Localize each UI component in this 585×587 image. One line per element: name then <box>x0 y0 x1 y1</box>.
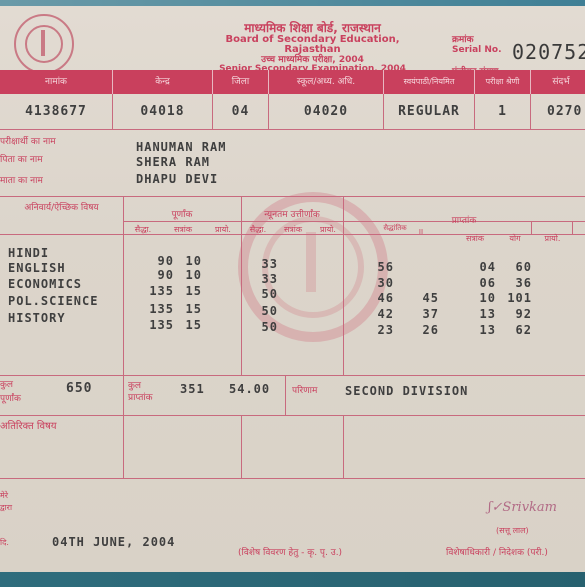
roll-number: 4138677 <box>0 94 113 130</box>
theory-paper2: 37 <box>415 307 439 321</box>
table-border <box>0 415 585 416</box>
father-name: SHERA RAM <box>136 155 210 169</box>
result-division: SECOND DIVISION <box>345 384 468 398</box>
max-theory-col: सैद्धा. <box>125 224 161 235</box>
min-pass: 33 <box>254 272 278 286</box>
obtained-practical-col: प्रायो. <box>535 233 570 244</box>
board-emblem-icon <box>14 14 74 74</box>
table-border <box>241 196 242 375</box>
max-sessional: 15 <box>178 302 202 316</box>
max-total: 650 <box>66 381 92 396</box>
obtained-total-label: कुल प्राप्तांक <box>128 380 168 404</box>
max-sessional: 10 <box>178 254 202 268</box>
min-pass-header: न्यूनतम उत्तीर्णांक <box>241 207 343 220</box>
sessional-obtained: 10 <box>472 291 496 305</box>
candidate-name-label: परीक्षार्थी का नाम <box>0 134 56 147</box>
margin-label: द्वारा <box>0 502 12 514</box>
max-practical-col: प्रायो. <box>205 224 241 235</box>
subject-name: HISTORY <box>8 312 66 325</box>
theory-paper2: 26 <box>415 323 439 337</box>
background-bottom-edge <box>0 572 585 587</box>
max-theory: 90 <box>140 268 174 282</box>
sessional-obtained: 04 <box>472 260 496 274</box>
max-sessional: 15 <box>178 318 202 332</box>
additional-subject-label: अतिरिक्त विषय <box>0 418 57 432</box>
min-practical-col: प्रायो. <box>313 224 343 235</box>
candidate-name: HANUMAN RAM <box>136 140 226 154</box>
max-sessional-col: सत्रांक <box>161 224 205 235</box>
total-obtained: 60 <box>500 260 532 274</box>
district-code: 04 <box>213 94 269 130</box>
max-theory: 135 <box>140 318 174 332</box>
theory-paper1: 23 <box>370 323 394 337</box>
centre-code: 04018 <box>113 94 213 130</box>
signatory-title: विशेषाधिकारी / निदेशक (परी.) <box>446 545 548 558</box>
subject-name: ECONOMICS <box>8 278 82 291</box>
max-theory: 135 <box>140 284 174 298</box>
max-total-label: कुल पूर्णांक <box>0 378 28 406</box>
school-code: 04020 <box>269 94 384 130</box>
left-margin-label: मेरे द्वारा <box>0 490 12 514</box>
obtained-paper2-col: II <box>416 228 426 236</box>
min-pass: 50 <box>254 287 278 301</box>
overleaf-note: (विशेष विवरण हेतु - कृ. पृ. उ.) <box>238 545 342 558</box>
subject-name: HINDI <box>8 247 49 260</box>
father-name-label: पिता का नाम <box>0 152 43 165</box>
min-sessional-col: सत्रांक <box>273 224 313 235</box>
theory-paper1: 56 <box>370 260 394 274</box>
table-border <box>0 196 585 197</box>
table-border <box>241 415 242 478</box>
obtained-sessional-col: सत्रांक <box>455 233 495 244</box>
min-pass: 50 <box>254 304 278 318</box>
mother-name-label: माता का नाम <box>0 173 43 186</box>
board-name-hindi: माध्यमिक शिक्षा बोर्ड, राजस्थान <box>200 22 425 35</box>
header-school: स्कूल/अध्य. अधि. <box>269 70 384 94</box>
header-category: परीक्षा श्रेणी <box>475 70 531 94</box>
min-pass: 50 <box>254 320 278 334</box>
header-district: जिला <box>213 70 269 94</box>
total-obtained: 92 <box>500 307 532 321</box>
min-theory-col: सैद्धा. <box>243 224 273 235</box>
candidate-type: REGULAR <box>384 94 475 130</box>
max-sessional: 15 <box>178 284 202 298</box>
max-sessional: 10 <box>178 268 202 282</box>
header-roll-no: नामांक <box>0 70 113 94</box>
reference-number: 0270 <box>531 94 585 130</box>
table-border <box>0 478 585 479</box>
subject-header: अनिवार्य/ऐच्छिक विषय <box>0 200 123 213</box>
subject-name: POL.SCIENCE <box>8 295 98 308</box>
total-obtained: 101 <box>500 291 532 305</box>
obtained-total-col: योग <box>500 233 530 244</box>
exam-category: 1 <box>475 94 531 130</box>
signature: ʃ✓Srivkam <box>488 500 557 515</box>
result-label: परिणाम <box>292 383 317 396</box>
min-pass: 33 <box>254 257 278 271</box>
max-marks-header: पूर्णांक <box>123 207 241 220</box>
total-obtained: 62 <box>500 323 532 337</box>
subject-name: ENGLISH <box>8 262 66 275</box>
table-border <box>343 415 344 478</box>
header-centre: केन्द्र <box>113 70 213 94</box>
issue-date: 04TH JUNE, 2004 <box>52 535 175 549</box>
serial-label-english: Serial No. <box>452 46 502 56</box>
sessional-obtained: 13 <box>472 323 496 337</box>
percentage: 54.00 <box>229 382 270 396</box>
board-name-english: Board of Secondary Education, Rajasthan <box>200 35 425 56</box>
table-border <box>123 196 124 478</box>
header-reference: संदर्भ <box>531 70 585 94</box>
obtained-theory-col: सैद्धांतिक <box>370 224 420 233</box>
max-theory: 90 <box>140 254 174 268</box>
sessional-obtained: 13 <box>472 307 496 321</box>
theory-paper1: 42 <box>370 307 394 321</box>
obtained-total: 351 <box>180 382 205 396</box>
table-border <box>285 375 286 415</box>
theory-paper1: 30 <box>370 276 394 290</box>
signatory-name: (सत्तू लाल) <box>496 525 529 536</box>
sessional-obtained: 06 <box>472 276 496 290</box>
mother-name: DHAPU DEVI <box>136 172 218 186</box>
max-theory: 135 <box>140 302 174 316</box>
margin-label: मेरे <box>0 490 12 502</box>
header-type: स्वयंपाठी/नियमित <box>384 70 475 94</box>
theory-paper1: 46 <box>370 291 394 305</box>
theory-paper2: 45 <box>415 291 439 305</box>
total-obtained: 36 <box>500 276 532 290</box>
serial-label: क्रमांक Serial No. <box>452 36 502 56</box>
date-label: दि. <box>0 537 9 548</box>
serial-number: 020752 <box>512 40 585 64</box>
table-border <box>0 375 585 376</box>
